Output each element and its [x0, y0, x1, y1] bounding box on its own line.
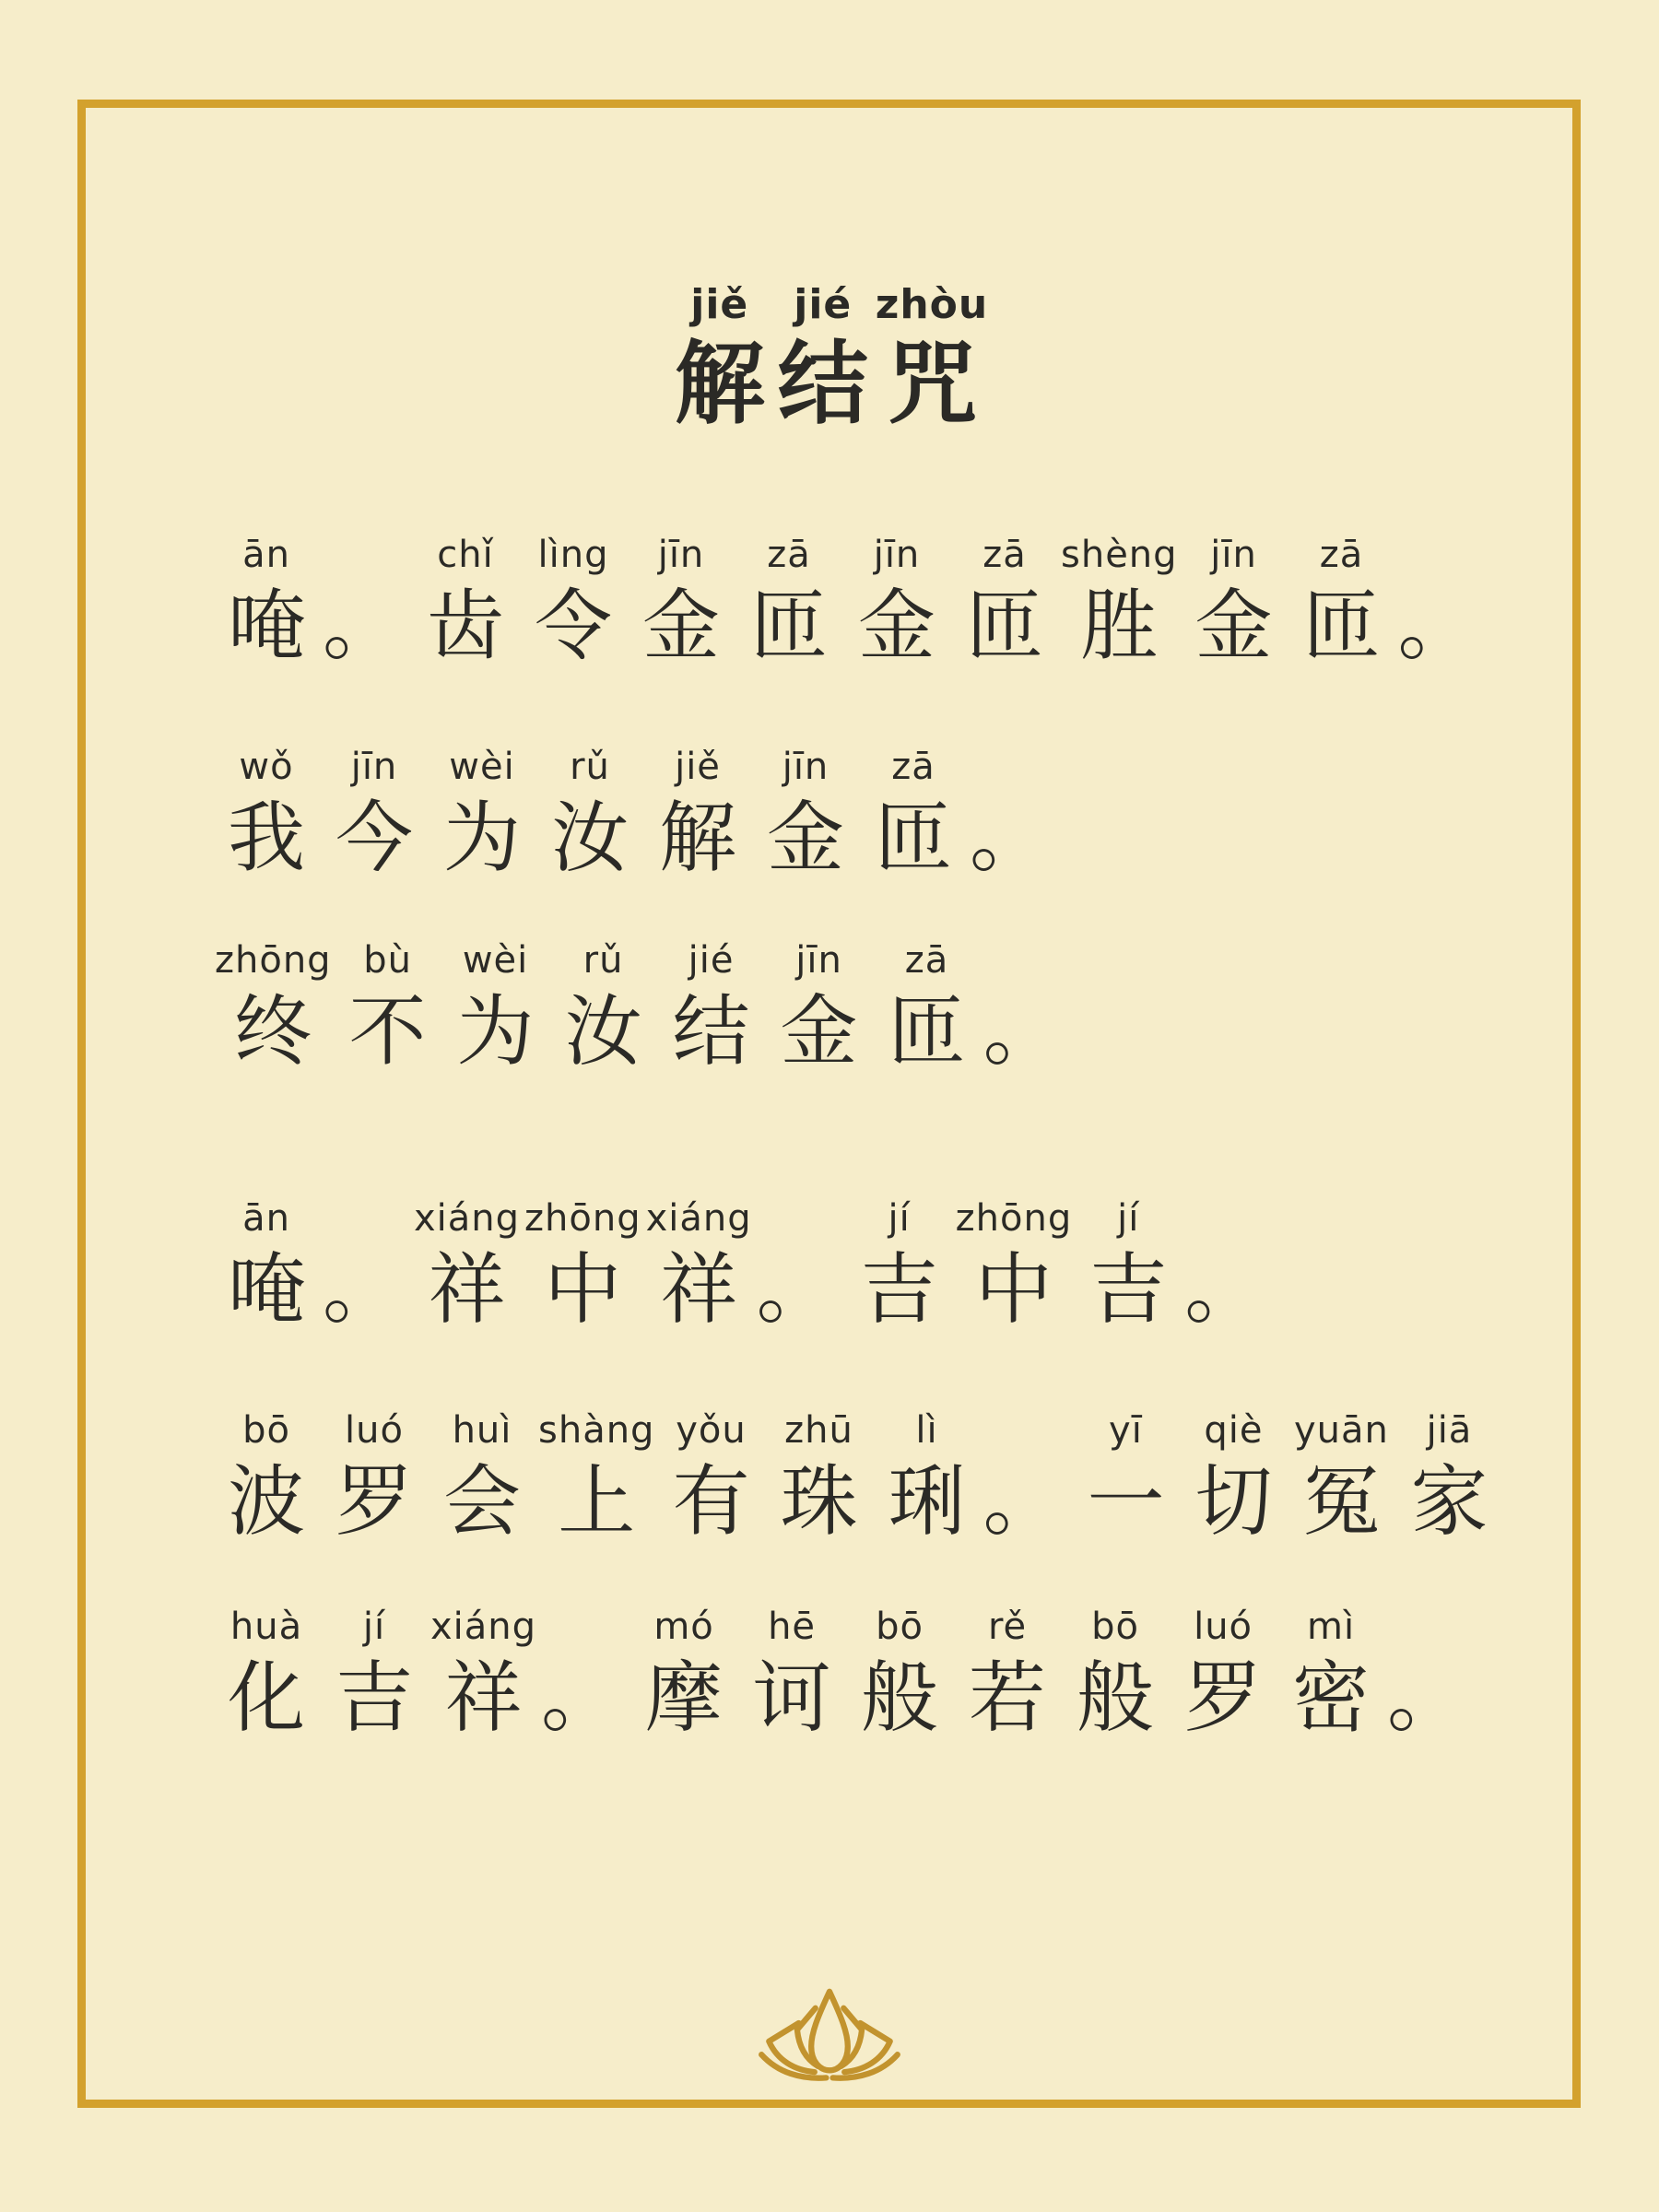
pinyin-text: chǐ — [437, 527, 493, 582]
char-unit: hē诃 — [740, 1599, 843, 1741]
char-unit: jiě解 — [646, 739, 749, 881]
pinyin-text — [1398, 527, 1411, 582]
punctuation-unit: 。 — [757, 1191, 843, 1333]
lotus-icon — [747, 1980, 912, 2083]
pinyin-text: bō — [1091, 1599, 1139, 1654]
pinyin-text: yī — [1109, 1403, 1143, 1458]
pinyin-text: mì — [1307, 1599, 1355, 1654]
pinyin-text: zhū — [784, 1403, 853, 1458]
punctuation-unit: 。 — [323, 1191, 409, 1333]
hanzi-text: 金 — [642, 582, 720, 669]
hanzi-text: 若 — [969, 1654, 1046, 1741]
punctuation-unit: 。 — [1398, 527, 1485, 669]
hanzi-text: 家 — [1410, 1458, 1488, 1545]
char-unit: jiě解 — [669, 275, 771, 435]
pinyin-text — [1387, 1599, 1400, 1654]
page-title: jiě解jié结zhòu咒 — [669, 275, 991, 435]
char-unit: jié结 — [772, 275, 874, 435]
hanzi-text: 祥 — [660, 1246, 737, 1333]
char-unit: wèi为 — [430, 739, 534, 881]
pinyin-text: zhōng — [956, 1191, 1073, 1246]
pinyin-text: zā — [767, 527, 811, 582]
hanzi-text: 汝 — [565, 988, 642, 1075]
punctuation-unit: 。 — [1387, 1599, 1474, 1741]
char-unit: zā匝 — [862, 739, 965, 881]
pinyin-text — [323, 527, 335, 582]
char-unit: bō般 — [1064, 1599, 1167, 1741]
title-block: jiě解jié结zhòu咒 — [0, 275, 1659, 435]
pinyin-text: jié — [688, 933, 735, 988]
pinyin-text: jí — [363, 1599, 385, 1654]
pinyin-text: zhòu — [876, 275, 989, 335]
hanzi-text: 罗 — [335, 1458, 413, 1545]
char-unit: jiā家 — [1397, 1403, 1500, 1545]
pinyin-text: bō — [242, 1403, 290, 1458]
char-unit: rǔ汝 — [538, 739, 641, 881]
hanzi-text: 一 — [1087, 1458, 1164, 1545]
char-unit: mó摩 — [632, 1599, 735, 1741]
hanzi-text: 结 — [778, 335, 868, 435]
hanzi-text: 匝 — [966, 582, 1043, 669]
hanzi-text: 冤 — [1302, 1458, 1380, 1545]
hanzi-text: 。 — [982, 1458, 1060, 1545]
hanzi-text: 解 — [659, 794, 736, 881]
hanzi-text: 中 — [975, 1246, 1053, 1333]
pinyin-text: huì — [453, 1403, 512, 1458]
hanzi-text: 匝 — [875, 794, 952, 881]
pinyin-text: bù — [363, 933, 412, 988]
char-unit: rě若 — [956, 1599, 1059, 1741]
pinyin-text: luó — [1194, 1599, 1253, 1654]
char-unit: bō般 — [848, 1599, 951, 1741]
punctuation-unit: 。 — [983, 933, 1070, 1075]
hanzi-text: 化 — [228, 1654, 305, 1741]
char-unit: zā匝 — [953, 527, 1056, 669]
char-unit: jīn金 — [1182, 527, 1286, 669]
pinyin-text — [541, 1599, 554, 1654]
char-unit: jí吉 — [1077, 1191, 1180, 1333]
pinyin-text: zhōng — [524, 1191, 641, 1246]
pinyin-text: jí — [1117, 1191, 1139, 1246]
char-unit: xiáng祥 — [646, 1191, 752, 1333]
hanzi-text: 金 — [1195, 582, 1273, 669]
char-unit: bù不 — [336, 933, 440, 1075]
mantra-line-5: bō波luó罗huì会shàng上yǒu有zhū珠lì琍 。yī一qiè切yuā… — [215, 1403, 1505, 1545]
pinyin-text: yǒu — [676, 1403, 747, 1458]
punctuation-unit: 。 — [970, 739, 1056, 881]
char-unit: zā匝 — [1290, 527, 1394, 669]
char-unit: shèng胜 — [1061, 527, 1178, 669]
char-unit: jīn金 — [754, 739, 857, 881]
pinyin-text — [970, 739, 982, 794]
hanzi-text: 解 — [675, 335, 765, 435]
hanzi-text: 。 — [541, 1654, 618, 1741]
mantra-line-6: huà化jí吉xiáng祥 。mó摩hē诃bō般rě若bō般luó罗mì密 。 — [215, 1599, 1478, 1741]
pinyin-text — [982, 1403, 995, 1458]
char-unit: jīn金 — [845, 527, 948, 669]
chant-card-page: jiě解jié结zhòu咒 ān唵 。chǐ齿lìng令jīn金zā匝jīn金z… — [0, 0, 1659, 2212]
pinyin-text — [983, 933, 996, 988]
hanzi-text: 切 — [1194, 1458, 1272, 1545]
pinyin-text: wèi — [463, 933, 528, 988]
char-unit: xiáng祥 — [414, 1191, 520, 1333]
pinyin-text: jīn — [795, 933, 842, 988]
pinyin-text: jīn — [351, 739, 398, 794]
char-unit: huì会 — [430, 1403, 534, 1545]
pinyin-text: xiáng — [646, 1191, 752, 1246]
char-unit: luó罗 — [1171, 1599, 1275, 1741]
pinyin-text: zā — [982, 527, 1027, 582]
pinyin-text: rǔ — [583, 933, 624, 988]
pinyin-text — [1184, 1191, 1197, 1246]
char-unit: chǐ齿 — [414, 527, 517, 669]
pinyin-text — [757, 1191, 770, 1246]
pinyin-text: lì — [915, 1403, 937, 1458]
pinyin-text: jiě — [675, 739, 721, 794]
hanzi-text: 唵 — [228, 1246, 305, 1333]
char-unit: lì琍 — [875, 1403, 978, 1545]
hanzi-text: 今 — [335, 794, 413, 881]
hanzi-text: 匝 — [1303, 582, 1381, 669]
hanzi-text: 匝 — [888, 988, 966, 1075]
mantra-line-4: ān唵 。xiáng祥zhōng中xiáng祥 。jí吉zhōng中jí吉 。 — [215, 1191, 1276, 1333]
char-unit: lìng令 — [522, 527, 625, 669]
hanzi-text: 咒 — [887, 335, 977, 435]
char-unit: rǔ汝 — [552, 933, 655, 1075]
char-unit: zhōng终 — [215, 933, 332, 1075]
hanzi-text: 。 — [970, 794, 1047, 881]
char-unit: mì密 — [1279, 1599, 1382, 1741]
char-unit: yǒu有 — [659, 1403, 762, 1545]
punctuation-unit: 。 — [541, 1599, 628, 1741]
hanzi-text: 罗 — [1184, 1654, 1262, 1741]
pinyin-text: zhōng — [215, 933, 332, 988]
pinyin-text: xiáng — [414, 1191, 520, 1246]
pinyin-text: rě — [988, 1599, 1027, 1654]
char-unit: jīn今 — [323, 739, 426, 881]
char-unit: jié结 — [660, 933, 763, 1075]
hanzi-text: 为 — [457, 988, 535, 1075]
char-unit: jí吉 — [848, 1191, 951, 1333]
hanzi-text: 齿 — [427, 582, 504, 669]
char-unit: zhōng中 — [956, 1191, 1073, 1333]
char-unit: luó罗 — [323, 1403, 426, 1545]
hanzi-text: 吉 — [335, 1654, 413, 1741]
char-unit: bō波 — [215, 1403, 318, 1545]
pinyin-text: jiā — [1427, 1403, 1473, 1458]
hanzi-text: 。 — [1398, 582, 1476, 669]
hanzi-text: 般 — [1077, 1654, 1154, 1741]
pinyin-text — [323, 1191, 335, 1246]
pinyin-text: jié — [794, 275, 852, 335]
hanzi-text: 令 — [535, 582, 612, 669]
hanzi-text: 我 — [228, 794, 305, 881]
pinyin-text: wǒ — [239, 739, 293, 794]
punctuation-unit: 。 — [1184, 1191, 1271, 1333]
mantra-line-3: zhōng终bù不wèi为rǔ汝jié结jīn金zā匝 。 — [215, 933, 1075, 1075]
char-unit: jí吉 — [323, 1599, 426, 1741]
hanzi-text: 祥 — [445, 1654, 523, 1741]
pinyin-text: hē — [768, 1599, 816, 1654]
char-unit: shàng上 — [538, 1403, 654, 1545]
hanzi-text: 汝 — [551, 794, 629, 881]
hanzi-text: 。 — [1184, 1246, 1262, 1333]
char-unit: zā匝 — [737, 527, 841, 669]
hanzi-text: 终 — [234, 988, 312, 1075]
hanzi-text: 。 — [983, 988, 1061, 1075]
hanzi-text: 。 — [323, 582, 400, 669]
hanzi-text: 结 — [673, 988, 750, 1075]
hanzi-text: 。 — [757, 1246, 834, 1333]
hanzi-text: 吉 — [861, 1246, 938, 1333]
pinyin-text: yuān — [1294, 1403, 1389, 1458]
punctuation-unit: 。 — [982, 1403, 1069, 1545]
pinyin-text: shàng — [538, 1403, 654, 1458]
mantra-line-1: ān唵 。chǐ齿lìng令jīn金zā匝jīn金zā匝shèng胜jīn金zā… — [215, 527, 1489, 669]
pinyin-text: mó — [653, 1599, 713, 1654]
pinyin-text: ān — [242, 1191, 290, 1246]
char-unit: wèi为 — [444, 933, 547, 1075]
hanzi-text: 唵 — [228, 582, 305, 669]
hanzi-text: 不 — [349, 988, 427, 1075]
pinyin-text: bō — [876, 1599, 924, 1654]
hanzi-text: 摩 — [645, 1654, 723, 1741]
pinyin-text: qiè — [1204, 1403, 1263, 1458]
pinyin-text: zā — [891, 739, 935, 794]
pinyin-text: zā — [1320, 527, 1364, 582]
pinyin-text: jīn — [782, 739, 829, 794]
pinyin-text: huà — [230, 1599, 302, 1654]
pinyin-text: lìng — [538, 527, 609, 582]
pinyin-text: wèi — [449, 739, 514, 794]
hanzi-text: 为 — [443, 794, 521, 881]
char-unit: qiè切 — [1182, 1403, 1285, 1545]
pinyin-text: xiáng — [430, 1599, 536, 1654]
char-unit: zhòu咒 — [876, 275, 989, 435]
hanzi-text: 胜 — [1080, 582, 1158, 669]
hanzi-text: 金 — [858, 582, 935, 669]
hanzi-text: 吉 — [1089, 1246, 1167, 1333]
hanzi-text: 琍 — [888, 1458, 965, 1545]
char-unit: jīn金 — [629, 527, 733, 669]
pinyin-text: luó — [345, 1403, 404, 1458]
char-unit: ān唵 — [215, 527, 318, 669]
hanzi-text: 波 — [228, 1458, 305, 1545]
char-unit: ān唵 — [215, 1191, 318, 1333]
pinyin-text: ān — [242, 527, 290, 582]
pinyin-text: jīn — [874, 527, 921, 582]
char-unit: wǒ我 — [215, 739, 318, 881]
pinyin-text: jí — [888, 1191, 911, 1246]
hanzi-text: 中 — [544, 1246, 621, 1333]
char-unit: yuān冤 — [1289, 1403, 1393, 1545]
pinyin-text: jiě — [690, 275, 748, 335]
pinyin-text: jīn — [1210, 527, 1257, 582]
char-unit: zhū珠 — [767, 1403, 870, 1545]
char-unit: zā匝 — [876, 933, 979, 1075]
hanzi-text: 匝 — [750, 582, 828, 669]
pinyin-text: shèng — [1061, 527, 1178, 582]
char-unit: zhōng中 — [524, 1191, 641, 1333]
pinyin-text: rǔ — [570, 739, 610, 794]
char-unit: huà化 — [215, 1599, 318, 1741]
hanzi-text: 会 — [443, 1458, 521, 1545]
char-unit: yī一 — [1074, 1403, 1177, 1545]
punctuation-unit: 。 — [323, 527, 409, 669]
hanzi-text: 祥 — [429, 1246, 506, 1333]
hanzi-text: 金 — [767, 794, 844, 881]
hanzi-text: 金 — [781, 988, 858, 1075]
hanzi-text: 。 — [323, 1246, 400, 1333]
pinyin-text: zā — [905, 933, 949, 988]
hanzi-text: 有 — [672, 1458, 749, 1545]
hanzi-text: 般 — [861, 1654, 938, 1741]
hanzi-text: 密 — [1292, 1654, 1370, 1741]
hanzi-text: 诃 — [753, 1654, 830, 1741]
mantra-line-2: wǒ我jīn今wèi为rǔ汝jiě解jīn金zā匝 。 — [215, 739, 1061, 881]
char-unit: xiáng祥 — [430, 1599, 536, 1741]
char-unit: jīn金 — [768, 933, 871, 1075]
hanzi-text: 上 — [558, 1458, 635, 1545]
hanzi-text: 。 — [1387, 1654, 1465, 1741]
pinyin-text: jīn — [658, 527, 705, 582]
hanzi-text: 珠 — [780, 1458, 857, 1545]
